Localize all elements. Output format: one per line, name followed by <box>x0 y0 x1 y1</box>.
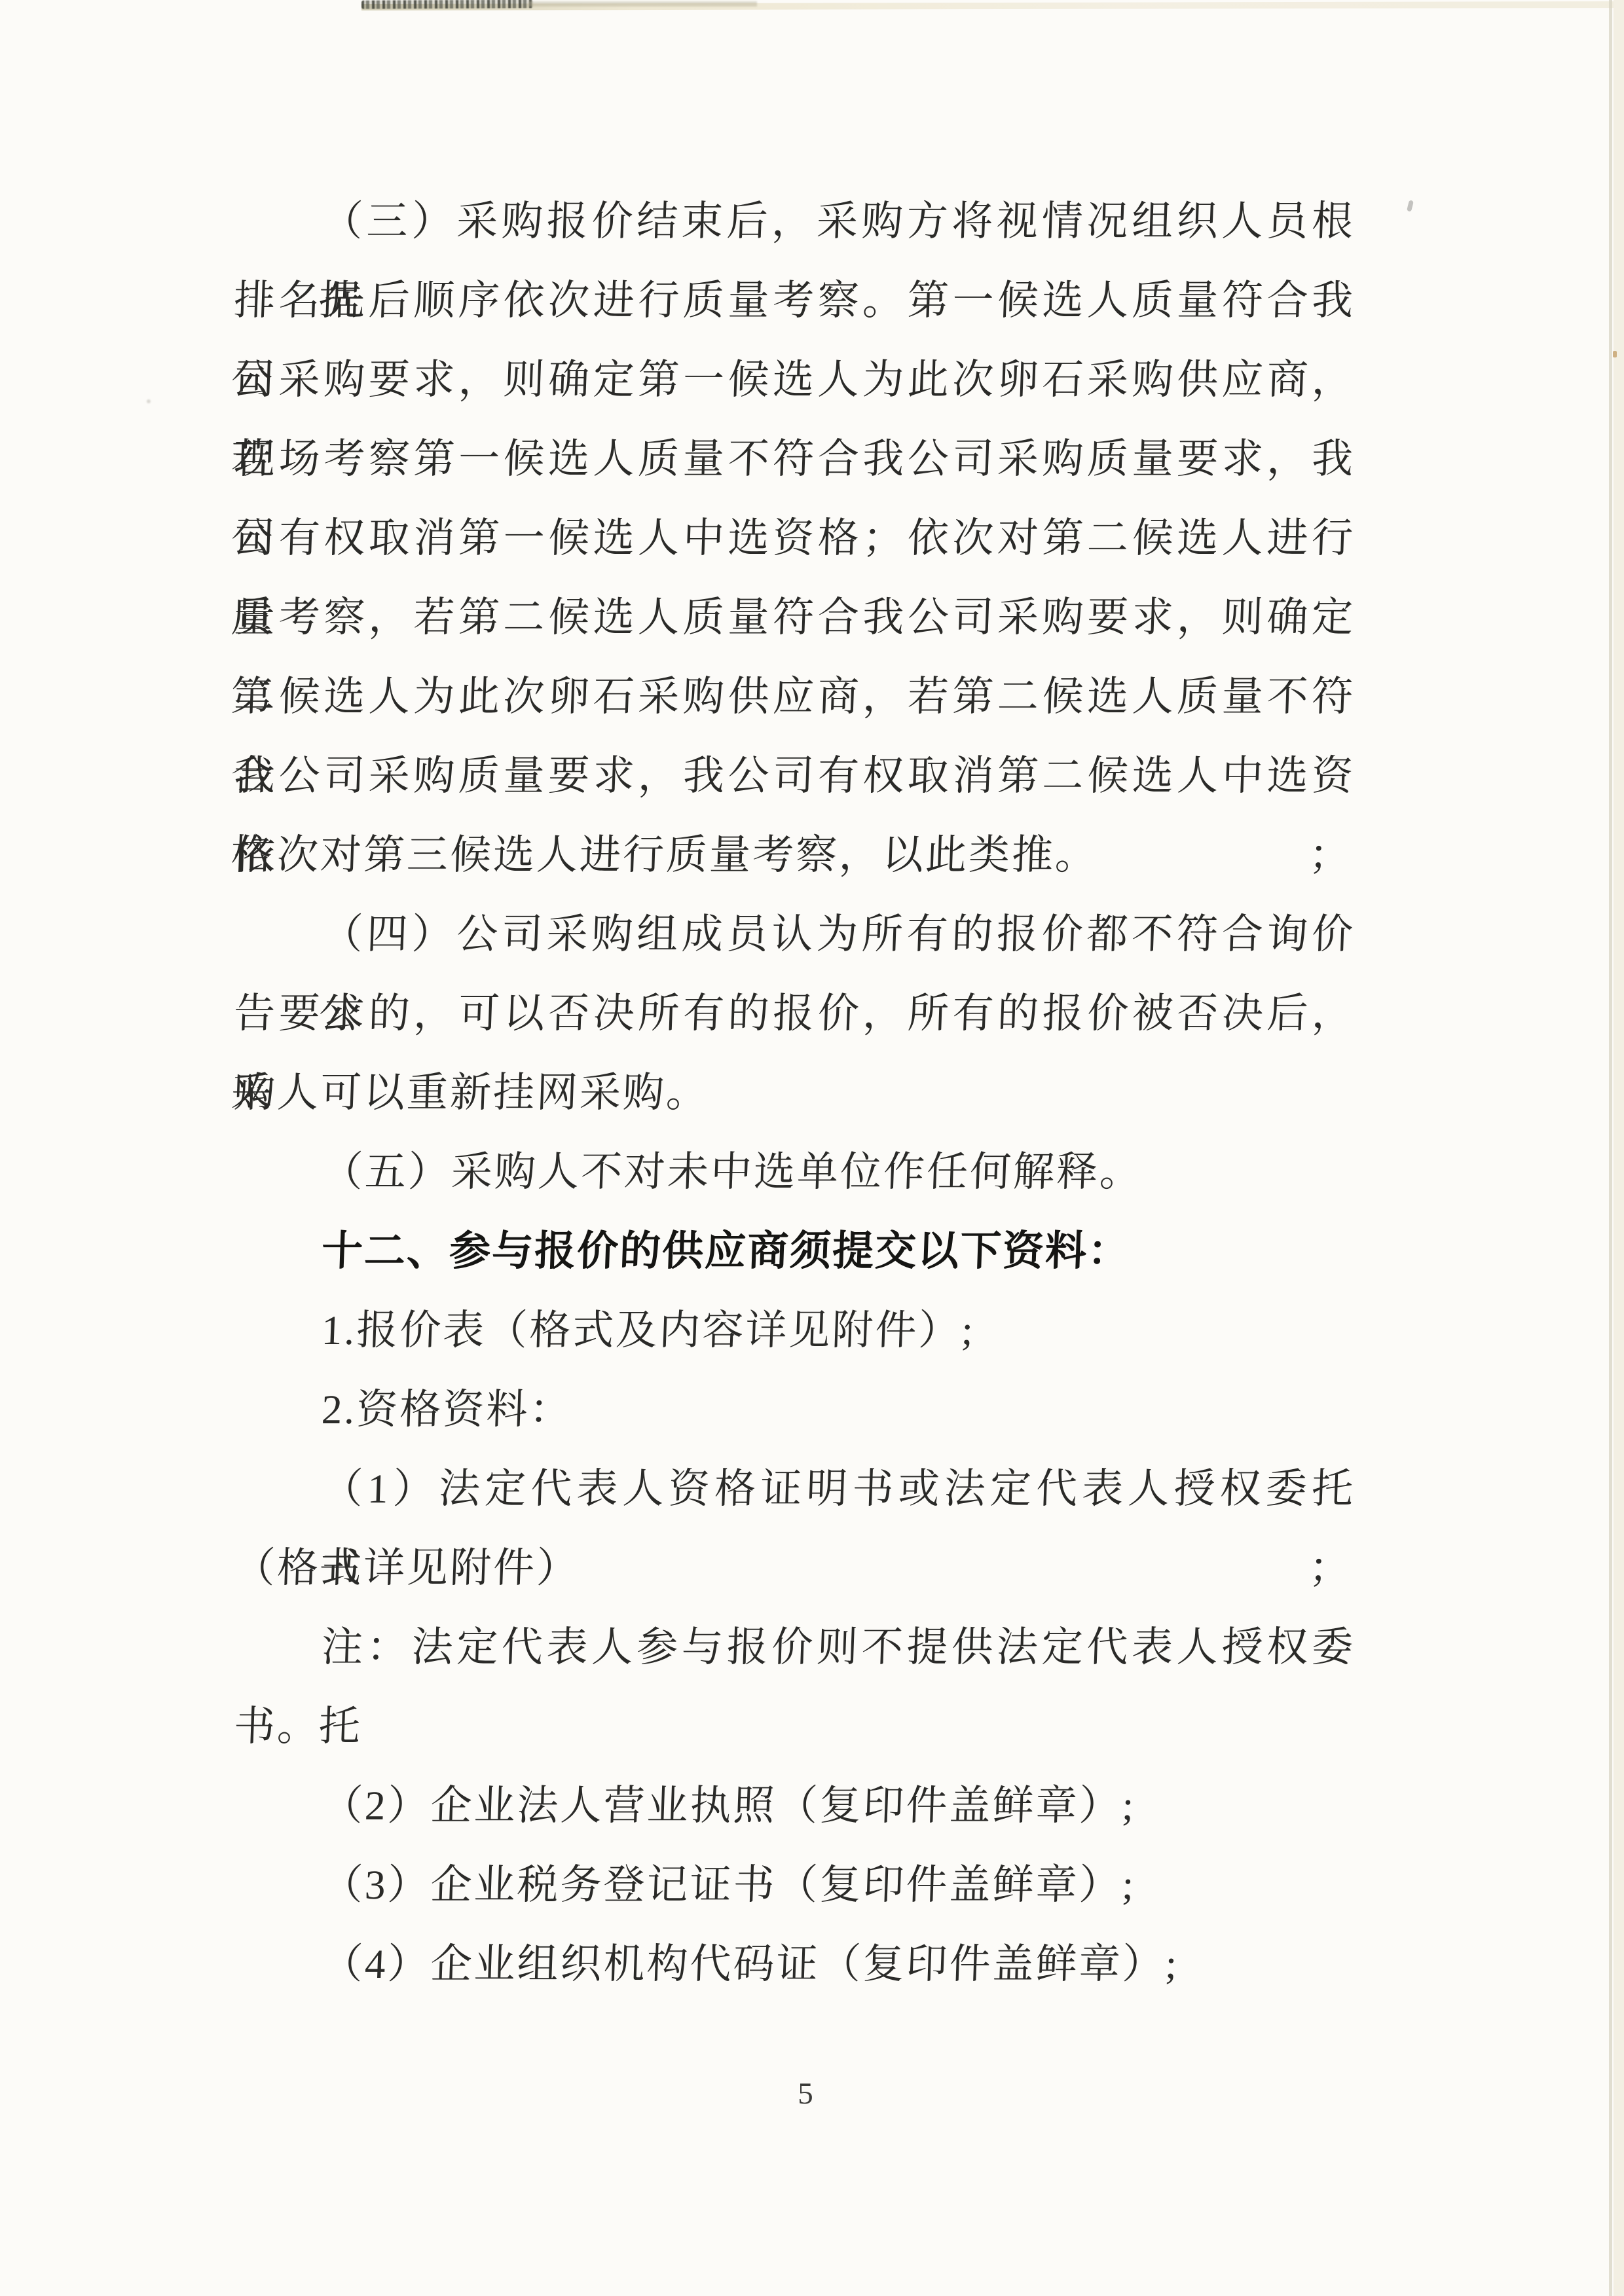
text-line: （1）法定代表人资格证明书或法定代表人授权委托书； <box>232 1449 1356 1529</box>
top-edge-tint-line <box>361 1 1624 10</box>
text-line: 我公司采购质量要求，我公司有权取消第二候选人中选资格； <box>232 737 1356 816</box>
right-page-edge-line <box>1609 0 1612 2296</box>
right-page-edge-strip <box>1614 0 1624 2296</box>
text-line: 二候选人为此次卵石采购供应商，若第二候选人质量不符合 <box>232 657 1356 737</box>
text-line: 依次对第三候选人进行质量考察，以此类推。 <box>232 816 1356 895</box>
text-line: （4）企业组织机构代码证（复印件盖鲜章）; <box>232 1925 1356 2004</box>
document-body: （三）采购报价结束后，采购方将视情况组织人员根据 排名先后顺序依次进行质量考察。… <box>232 182 1354 2004</box>
text-line: 告要求的，可以否决所有的报价，所有的报价被否决后，采 <box>232 974 1356 1053</box>
text-line: 现场考察第一候选人质量不符合我公司采购质量要求，我公 <box>232 420 1356 499</box>
text-line: 司采购要求，则确定第一候选人为此次卵石采购供应商，若 <box>232 340 1356 420</box>
scan-speck <box>1613 351 1617 357</box>
top-edge-scan-smudge <box>361 0 533 9</box>
page-number: 5 <box>753 2074 858 2113</box>
text-line: （3）企业税务登记证书（复印件盖鲜章）; <box>232 1846 1356 1925</box>
text-line: （四）公司采购组成员认为所有的报价都不符合询价公 <box>232 895 1356 974</box>
text-line: 排名先后顺序依次进行质量考察。第一候选人质量符合我公 <box>232 261 1356 340</box>
text-line: 司有权取消第一候选人中选资格；依次对第二候选人进行质 <box>232 499 1356 578</box>
text-line: （三）采购报价结束后，采购方将视情况组织人员根据 <box>232 182 1356 261</box>
text-line: 2.资格资料： <box>232 1370 1356 1449</box>
scan-speck <box>147 399 151 403</box>
text-line: 书。 <box>232 1687 1356 1766</box>
top-edge-scan-smudge-faint <box>528 1 757 7</box>
scanned-document-page: （三）采购报价结束后，采购方将视情况组织人员根据 排名先后顺序依次进行质量考察。… <box>0 0 1624 2296</box>
text-line: 1.报价表（格式及内容详见附件）; <box>232 1291 1356 1370</box>
scan-speck <box>1407 200 1414 211</box>
text-line: （五）采购人不对未中选单位作任何解释。 <box>232 1133 1356 1212</box>
text-line: 购人可以重新挂网采购。 <box>232 1053 1356 1133</box>
text-line: 注：法定代表人参与报价则不提供法定代表人授权委托 <box>232 1608 1356 1687</box>
text-line: 量考察，若第二候选人质量符合我公司采购要求，则确定第 <box>232 578 1356 657</box>
text-line: （2）企业法人营业执照（复印件盖鲜章）; <box>232 1766 1356 1846</box>
section-heading: 十二、参与报价的供应商须提交以下资料： <box>232 1212 1356 1291</box>
text-line: （格式详见附件） <box>232 1529 1356 1608</box>
